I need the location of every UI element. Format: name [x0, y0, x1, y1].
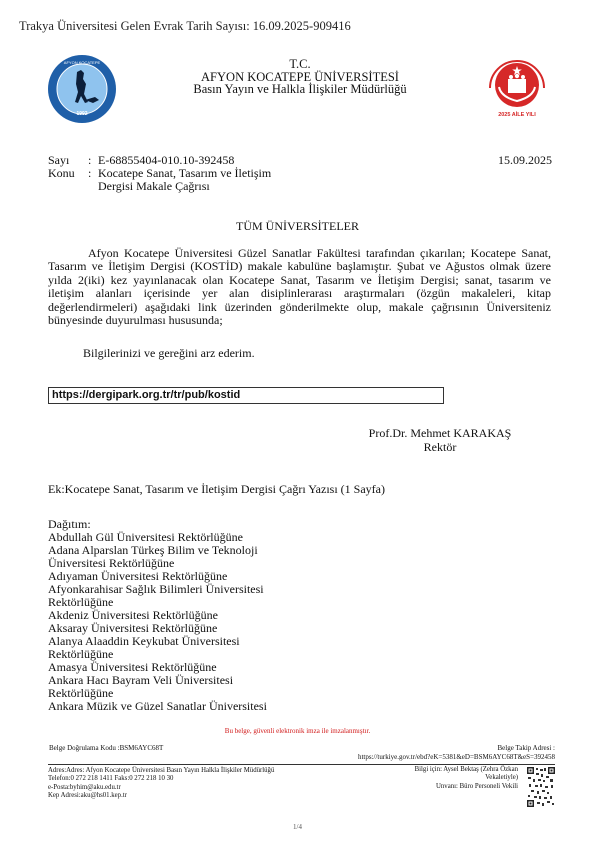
page-number: 1/4 [0, 823, 595, 831]
closing-sentence: Bilgilerinizi ve gereğini arz ederim. [83, 346, 255, 361]
signatory-name: Prof.Dr. Mehmet KARAKAŞ [360, 427, 520, 441]
tracking-label: Belge Takip Adresi : [358, 744, 555, 753]
distribution-list: Dağıtım: Abdullah Gül Üniversitesi Rektö… [48, 518, 267, 713]
family-year-emblem-icon: 2025 AİLE YILI [484, 55, 550, 121]
qr-code-icon [527, 767, 555, 807]
footer-email[interactable]: e-Posta:byhim@aku.edu.tr [48, 784, 274, 792]
konu-value-cont: Dergisi Makale Çağrısı [98, 180, 210, 193]
journal-link[interactable]: https://dergipark.org.tr/tr/pub/kostid [48, 387, 444, 404]
tracking-url[interactable]: https://turkiye.gov.tr/ebd?eK=5381&eD=BS… [358, 753, 555, 762]
info-contact: Bilgi için: Aysel Bektaş (Zehra Özkan [400, 766, 518, 774]
svg-text:2025 AİLE YILI: 2025 AİLE YILI [498, 111, 536, 118]
header-department: Basın Yayın ve Halkla İlişkiler Müdürlüğ… [170, 83, 430, 96]
incoming-document-stamp: Trakya Üniversitesi Gelen Evrak Tarih Sa… [19, 19, 351, 34]
signatory-title: Rektör [360, 441, 520, 455]
footer-phone: Telefon:0 272 218 1411 Faks:0 272 218 10… [48, 775, 274, 783]
addressee: TÜM ÜNİVERSİTELER [0, 219, 595, 234]
attachment-note: Ek:Kocatepe Sanat, Tasarım ve İletişim D… [48, 482, 385, 497]
institution-header: T.C. AFYON KOCATEPE ÜNİVERSİTESİ Basın Y… [170, 58, 430, 96]
footer-address: Adres:Adres: Afyon Kocatepe Üniversitesi… [48, 767, 274, 775]
document-meta: Sayı : E-68855404-010.10-392458 Konu : K… [48, 154, 552, 193]
info-title: Unvanı: Büro Personeli Vekili [400, 783, 518, 791]
konu-label: Konu [48, 167, 88, 180]
body-paragraph: Afyon Kocatepe Üniversitesi Güzel Sanatl… [48, 247, 551, 327]
verification-code: Belge Doğrulama Kodu :BSM6AYC68T [49, 744, 163, 752]
document-date: 15.09.2025 [498, 154, 552, 167]
svg-text:AFYON KOCATEPE: AFYON KOCATEPE [64, 60, 101, 65]
footer-kep: Kep Adresi:aku@hs01.kep.tr [48, 792, 274, 800]
header-tc: T.C. [170, 58, 430, 71]
esignature-note: Bu belge, güvenli elektronik imza ile im… [0, 727, 595, 735]
svg-text:1992: 1992 [76, 111, 87, 117]
tracking-address: Belge Takip Adresi : https://turkiye.gov… [358, 744, 555, 762]
signature-block: Prof.Dr. Mehmet KARAKAŞ Rektör [360, 427, 520, 454]
footer-contact: Adres:Adres: Afyon Kocatepe Üniversitesi… [48, 767, 274, 800]
footer-info: Bilgi için: Aysel Bektaş (Zehra Özkan Ve… [400, 766, 518, 791]
list-item: Ankara Müzik ve Güzel Sanatlar Üniversit… [48, 700, 267, 713]
university-seal-icon: 1992 AFYON KOCATEPE [47, 54, 117, 124]
footer-divider [48, 764, 555, 765]
info-contact-cont: Vekaletiyle) [400, 774, 518, 782]
